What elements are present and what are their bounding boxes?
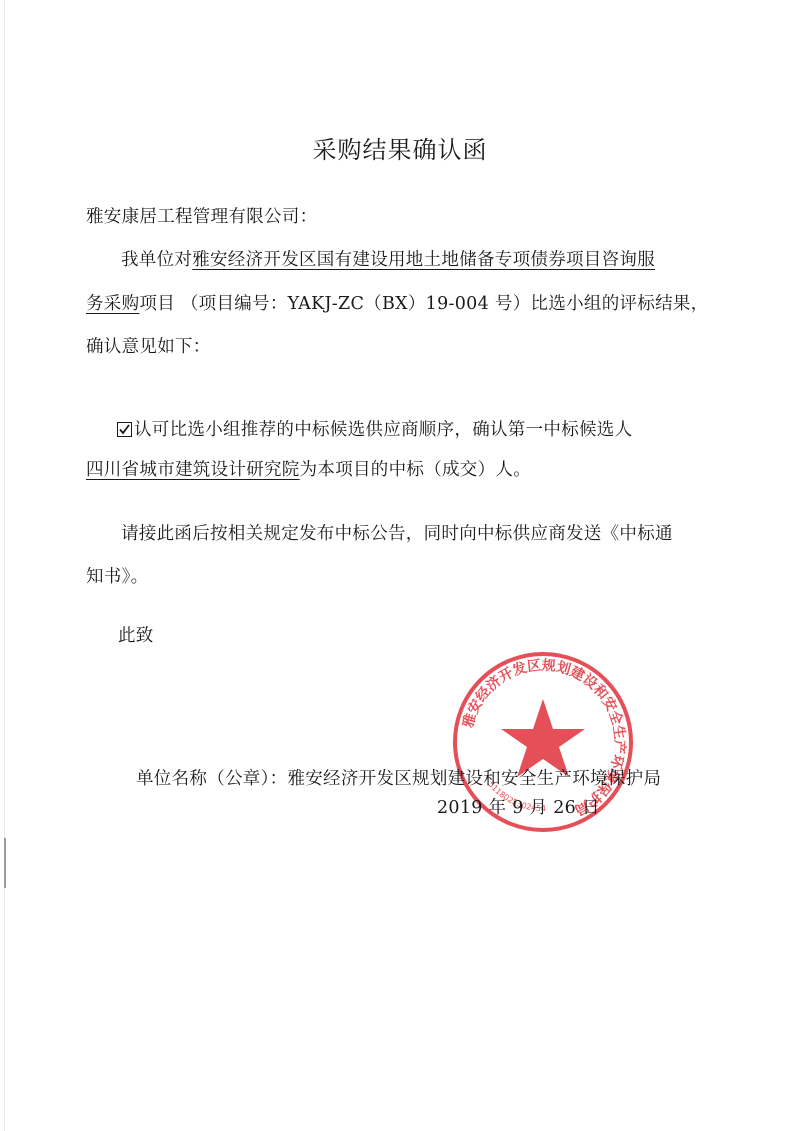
closing-text: 此致 [118,622,154,647]
project-number-text: 项目 （项目编号：YAKJ-ZC（BX）19-004 号）比选小组的评标结果， [139,294,708,314]
paragraph-1-line-3: 确认意见如下： [86,333,211,358]
scan-edge-mark [4,838,6,888]
signature-label: 单位名称（公章）：雅安经济开发区规划建设和安全生产环境保护局 [136,765,661,790]
paragraph-2-line-2: 四川省城市建筑设计研究院为本项目的中标（成交）人。 [86,456,531,481]
paragraph-1-line-2: 务采购项目 （项目编号：YAKJ-ZC（BX）19-004 号）比选小组的评标结… [86,290,709,315]
paragraph-3-line-1: 请接此函后按相关规定发布中标公告，同时向中标供应商发送《中标通 [121,520,673,545]
checkmark-icon [118,423,131,436]
paragraph-3-line-2: 知书》。 [86,563,148,588]
signature-date: 2019 年 9 月 26 日 [437,794,600,819]
document-title: 采购结果确认函 [0,130,800,165]
salutation: 雅安康居工程管理有限公司： [86,203,317,228]
document-page: 采购结果确认函 雅安康居工程管理有限公司： 我单位对雅安经济开发区国有建设用地土… [0,0,800,1131]
approval-text: 认可比选小组推荐的中标候选供应商顺序，确认第一中标候选人 [134,420,632,440]
paragraph-1-line-1: 我单位对雅安经济开发区国有建设用地土地储备专项债券项目咨询服 [121,246,655,271]
winning-bidder-name: 四川省城市建筑设计研究院 [86,460,300,480]
project-name-part-1: 雅安经济开发区国有建设用地土地储备专项债券项目咨询服 [192,250,655,270]
scan-edge-line [4,0,5,1131]
approval-checkbox[interactable] [117,422,132,437]
paragraph-2-line-1: 认可比选小组推荐的中标候选供应商顺序，确认第一中标候选人 [117,416,632,441]
project-name-part-2: 务采购 [86,294,139,314]
winning-bidder-text: 为本项目的中标（成交）人。 [300,460,531,480]
paragraph-1-prefix: 我单位对 [121,250,192,270]
